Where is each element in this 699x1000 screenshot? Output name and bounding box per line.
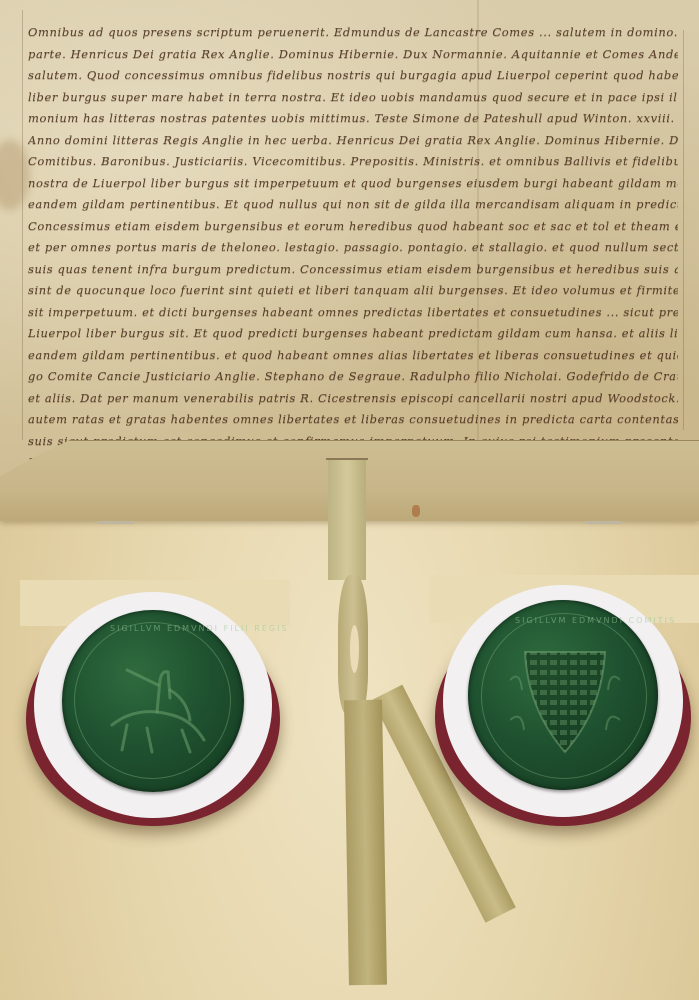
seal-legend: SIGILLVM EDMVNDI FILII REGIS: [110, 624, 289, 633]
charter-line: eandem gildam pertinentibus. et quod hab…: [28, 345, 678, 367]
ruling-line-left: [22, 10, 23, 440]
charter-line: parte. Henricus Dei gratia Rex Anglie. D…: [28, 44, 678, 66]
charter-line: eandem gildam pertinentibus. Et quod nul…: [28, 194, 678, 216]
seal-legend: SIGILLVM EDMVNDI COMITIS: [515, 616, 676, 625]
charter-line: sit imperpetuum. et dicti burgenses habe…: [28, 302, 678, 324]
charter-line: suis quas tenent infra burgum predictum.…: [28, 259, 678, 281]
charter-line: Anno domini litteras Regis Anglie in hec…: [28, 130, 678, 152]
charter-line: sint de quocunque loco fuerint sint quie…: [28, 280, 678, 302]
charter-line: liber burgus super mare habet in terra n…: [28, 87, 678, 109]
charter-line: Concessimus etiam eisdem burgensibus et …: [28, 216, 678, 238]
parchment-stain: [0, 140, 30, 210]
charter-line: monium has litteras nostras patentes uob…: [28, 108, 678, 130]
charter-line: et per omnes portus maris de theloneo. l…: [28, 237, 678, 259]
mount-marker: [98, 521, 134, 524]
parchment-stain: [412, 505, 420, 517]
tag-twist-gap: [350, 625, 359, 673]
charter-line: Liuerpol liber burgus sit. Et quod predi…: [28, 323, 678, 345]
ruling-line-right: [683, 30, 684, 430]
charter-line: Comitibus. Baronibus. Justiciariis. Vice…: [28, 151, 678, 173]
chequy-shield-icon: [510, 640, 620, 760]
charter-line: nostra de Liuerpol liber burgus sit impe…: [28, 173, 678, 195]
charter-line: salutem. Quod concessimus omnibus fideli…: [28, 65, 678, 87]
charter-photograph: Omnibus ad quos presens scriptum peruene…: [0, 0, 699, 1000]
charter-line: Omnibus ad quos presens scriptum peruene…: [28, 22, 678, 44]
mount-marker: [586, 521, 622, 524]
charter-line: et aliis. Dat per manum venerabilis patr…: [28, 388, 678, 410]
charter-line: go Comite Cancie Justiciario Anglie. Ste…: [28, 366, 678, 388]
charter-line: autem ratas et gratas habentes omnes lib…: [28, 409, 678, 431]
parchment-tag: [328, 460, 366, 580]
knight-on-horse-icon: [92, 640, 222, 770]
parchment-tag-tail-left: [344, 700, 387, 986]
